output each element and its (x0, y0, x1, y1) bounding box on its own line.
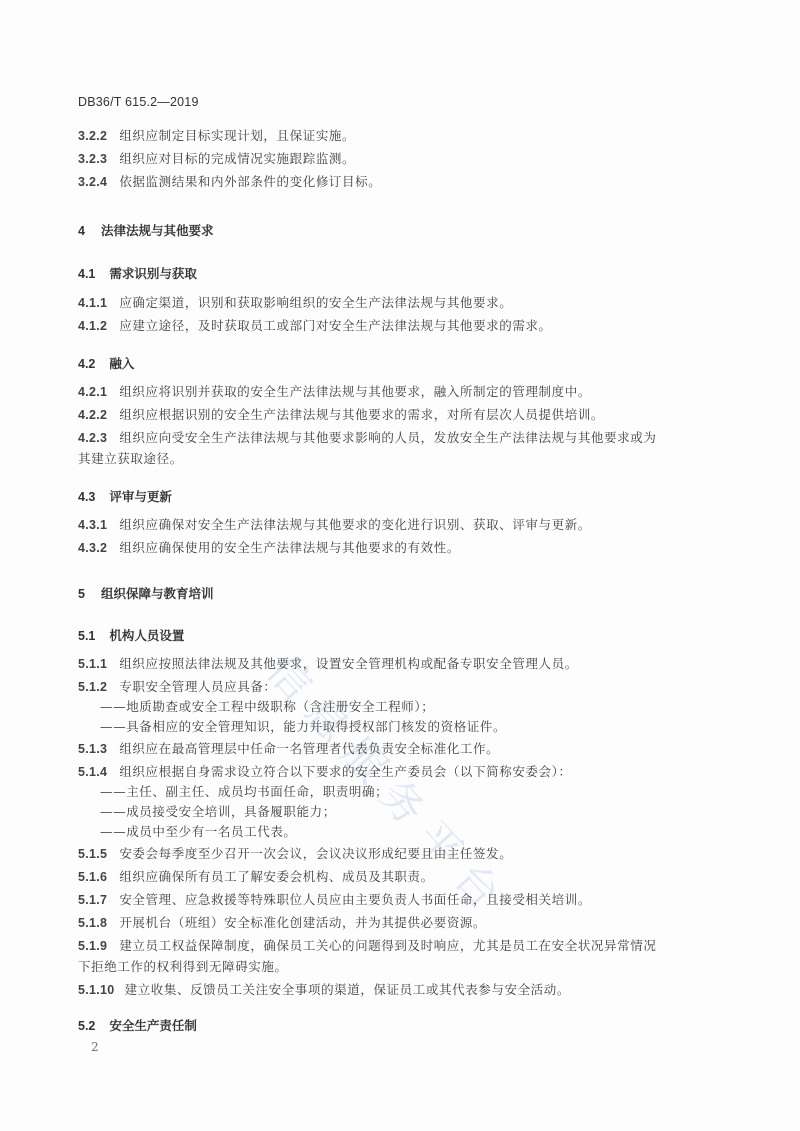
clause-number: 3.2.4 (78, 174, 107, 190)
clause-number: 4.3.1 (78, 517, 107, 533)
clause-number: 4.1.1 (78, 295, 107, 311)
clause-text: 应确定渠道，识别和获取影响组织的安全生产法律法规与其他要求。 (119, 295, 512, 310)
clause-3-2-3: 3.2.3组织应对目标的完成情况实施跟踪监测。 (78, 151, 355, 167)
clause-3-2-4: 3.2.4依据监测结果和内外部条件的变化修订目标。 (78, 174, 381, 190)
section-title: 需求识别与获取 (109, 266, 197, 281)
clause-text: 组织应对目标的完成情况实施跟踪监测。 (119, 151, 355, 166)
clause-5-1-6: 5.1.6组织应确保所有员工了解安委会机构、成员及其职责。 (78, 869, 434, 885)
section-5-2-heading: 5.2安全生产责任制 (78, 1016, 197, 1034)
section-title: 评审与更新 (109, 489, 172, 504)
section-number: 4 (78, 224, 85, 238)
section-number: 4.3 (78, 490, 95, 504)
section-4-2-heading: 4.2融入 (78, 354, 134, 372)
section-4-heading: 4法律法规与其他要求 (78, 221, 213, 239)
clause-number: 5.1.10 (78, 982, 115, 998)
clause-5-1-2: 5.1.2专职安全管理人员应具备： (78, 679, 277, 695)
clause-number: 4.2.2 (78, 407, 107, 423)
clause-text: 组织应根据自身需求设立符合以下要求的安全生产委员会（以下简称安委会）： (119, 764, 571, 779)
clause-number: 5.1.6 (78, 869, 107, 885)
clause-5-1-5: 5.1.5安委会每季度至少召开一次会议，会议决议形成纪要且由主任签发。 (78, 846, 512, 862)
clause-4-2-1: 4.2.1组织应将识别并获取的安全生产法律法规与其他要求，融入所制定的管理制度中… (78, 384, 591, 400)
clause-number: 4.1.2 (78, 318, 107, 334)
clause-text: 应建立途径，及时获取员工或部门对安全生产法律法规与其他要求的需求。 (119, 318, 551, 333)
clause-number: 5.1.8 (78, 915, 107, 931)
clause-4-1-1: 4.1.1应确定渠道，识别和获取影响组织的安全生产法律法规与其他要求。 (78, 295, 512, 311)
clause-5-1-9-continuation: 下拒绝工作的权利得到无障碍实施。 (78, 959, 288, 975)
clause-4-2-3-continuation: 其建立获取途径。 (78, 451, 183, 467)
section-title: 法律法规与其他要求 (101, 223, 214, 238)
clause-text: 建立员工权益保障制度，确保员工关心的问题得到及时响应，尤其是员工在安全状况异常情… (119, 938, 656, 953)
clause-text: 安委会每季度至少召开一次会议，会议决议形成纪要且由主任签发。 (119, 846, 512, 861)
clause-number: 5.1.1 (78, 656, 107, 672)
section-number: 5.2 (78, 1019, 95, 1033)
section-4-1-heading: 4.1需求识别与获取 (78, 264, 197, 282)
clause-text: 组织应将识别并获取的安全生产法律法规与其他要求，融入所制定的管理制度中。 (119, 384, 591, 399)
clause-text: 组织应制定目标实现计划，且保证实施。 (119, 128, 355, 143)
list-item: ——成员中至少有一名员工代表。 (100, 824, 297, 840)
clause-number: 5.1.7 (78, 892, 107, 908)
standard-code-header: DB36/T 615.2—2019 (78, 95, 199, 109)
clause-number: 3.2.2 (78, 128, 107, 144)
list-item: ——成员接受安全培训，具备履职能力； (100, 804, 336, 820)
clause-number: 5.1.4 (78, 764, 107, 780)
clause-number: 3.2.3 (78, 151, 107, 167)
clause-number: 4.2.1 (78, 384, 107, 400)
clause-text: 组织应根据识别的安全生产法律法规与其他要求的需求，对所有层次人员提供培训。 (119, 407, 604, 422)
section-number: 5.1 (78, 629, 95, 643)
clause-5-1-7: 5.1.7安全管理、应急救援等特殊职位人员应由主要负责人书面任命，且接受相关培训… (78, 892, 591, 908)
clause-5-1-8: 5.1.8开展机台（班组）安全标准化创建活动，并为其提供必要资源。 (78, 915, 486, 931)
clause-text: 依据监测结果和内外部条件的变化修订目标。 (119, 174, 381, 189)
clause-text: 专职安全管理人员应具备： (119, 679, 276, 694)
clause-4-2-3: 4.2.3组织应向受安全生产法律法规与其他要求影响的人员，发放安全生产法律法规与… (78, 430, 656, 446)
clause-number: 5.1.5 (78, 846, 107, 862)
section-title: 组织保障与教育培训 (101, 586, 214, 601)
clause-4-1-2: 4.1.2应建立途径，及时获取员工或部门对安全生产法律法规与其他要求的需求。 (78, 318, 552, 334)
section-number: 5 (78, 587, 85, 601)
section-title: 机构人员设置 (109, 628, 184, 643)
clause-5-1-1: 5.1.1组织应按照法律法规及其他要求，设置安全管理机构或配备专职安全管理人员。 (78, 656, 578, 672)
clause-5-1-4: 5.1.4组织应根据自身需求设立符合以下要求的安全生产委员会（以下简称安委会）： (78, 764, 572, 780)
section-5-heading: 5组织保障与教育培训 (78, 584, 213, 602)
section-number: 4.2 (78, 357, 95, 371)
list-item: ——地质勘查或安全工程中级职称（含注册安全工程师）； (100, 699, 434, 715)
clause-4-3-1: 4.3.1组织应确保对安全生产法律法规与其他要求的变化进行识别、获取、评审与更新… (78, 517, 591, 533)
list-item: ——主任、副主任、成员均书面任命，职责明确； (100, 784, 388, 800)
clause-3-2-2: 3.2.2组织应制定目标实现计划，且保证实施。 (78, 128, 355, 144)
clause-5-1-3: 5.1.3组织应在最高管理层中任命一名管理者代表负责安全标准化工作。 (78, 741, 499, 757)
section-5-1-heading: 5.1机构人员设置 (78, 626, 184, 644)
clause-text: 组织应确保使用的安全生产法律法规与其他要求的有效性。 (119, 540, 460, 555)
clause-4-3-2: 4.3.2组织应确保使用的安全生产法律法规与其他要求的有效性。 (78, 540, 460, 556)
clause-text: 安全管理、应急救援等特殊职位人员应由主要负责人书面任命，且接受相关培训。 (119, 892, 591, 907)
clause-5-1-9: 5.1.9建立员工权益保障制度，确保员工关心的问题得到及时响应，尤其是员工在安全… (78, 938, 656, 954)
clause-number: 5.1.2 (78, 679, 107, 695)
clause-text: 开展机台（班组）安全标准化创建活动，并为其提供必要资源。 (119, 915, 486, 930)
clause-text: 组织应向受安全生产法律法规与其他要求影响的人员，发放安全生产法律法规与其他要求或… (119, 430, 656, 445)
section-title: 安全生产责任制 (109, 1018, 197, 1033)
clause-text: 组织应确保对安全生产法律法规与其他要求的变化进行识别、获取、评审与更新。 (119, 517, 591, 532)
clause-text: 组织应在最高管理层中任命一名管理者代表负责安全标准化工作。 (119, 741, 499, 756)
clause-5-1-10: 5.1.10建立收集、反馈员工关注安全事项的渠道，保证员工或其代表参与安全活动。 (78, 982, 570, 998)
page-number: 2 (91, 1040, 99, 1054)
clause-text: 组织应确保所有员工了解安委会机构、成员及其职责。 (119, 869, 433, 884)
section-title: 融入 (109, 356, 134, 371)
list-item: ——具备相应的安全管理知识，能力并取得授权部门核发的资格证件。 (100, 719, 506, 735)
section-4-3-heading: 4.3评审与更新 (78, 487, 172, 505)
clause-number: 4.3.2 (78, 540, 107, 556)
section-number: 4.1 (78, 267, 95, 281)
document-page: 信息服务平台 DB36/T 615.2—2019 3.2.2组织应制定目标实现计… (0, 0, 800, 1131)
clause-number: 5.1.3 (78, 741, 107, 757)
clause-text: 组织应按照法律法规及其他要求，设置安全管理机构或配备专职安全管理人员。 (119, 656, 578, 671)
clause-number: 4.2.3 (78, 430, 107, 446)
clause-4-2-2: 4.2.2组织应根据识别的安全生产法律法规与其他要求的需求，对所有层次人员提供培… (78, 407, 604, 423)
clause-number: 5.1.9 (78, 938, 107, 954)
clause-text: 建立收集、反馈员工关注安全事项的渠道，保证员工或其代表参与安全活动。 (125, 982, 570, 997)
